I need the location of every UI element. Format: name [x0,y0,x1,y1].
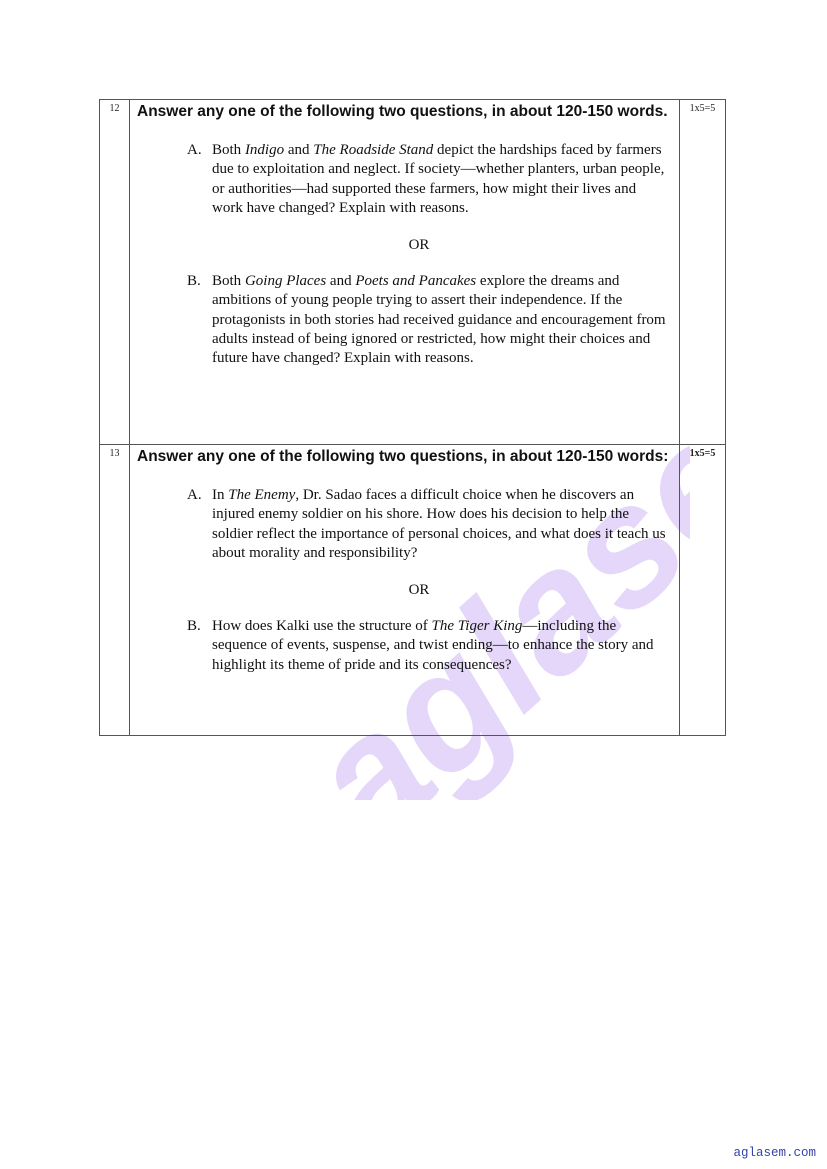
footer-site-link[interactable]: aglasem.com [733,1146,816,1160]
option-text: In The Enemy, Dr. Sadao faces a difficul… [212,486,669,563]
option-text-segment: Both [212,142,245,158]
option-text: Both Going Places and Poets and Pancakes… [212,272,669,368]
work-title: Going Places [245,273,326,289]
questions-table: 12Answer any one of the following two qu… [99,99,726,736]
option-text-segment: In [212,487,228,503]
question-body: Answer any one of the following two ques… [130,445,680,736]
question-option: A.Both Indigo and The Roadside Stand dep… [187,141,669,218]
question-row: 12Answer any one of the following two qu… [100,100,726,445]
option-text: How does Kalki use the structure of The … [212,617,669,675]
question-row: 13Answer any one of the following two qu… [100,445,726,736]
question-marks: 1x5=5 [680,100,726,445]
option-text-segment: and [284,142,313,158]
work-title: Poets and Pancakes [355,273,476,289]
question-number: 13 [100,445,130,736]
or-separator: OR [137,582,671,599]
work-title: The Enemy [228,487,295,503]
question-option: B.How does Kalki use the structure of Th… [187,617,669,675]
question-heading: Answer any one of the following two ques… [137,447,671,466]
work-title: The Tiger King [432,618,523,634]
or-separator: OR [137,237,671,254]
question-heading: Answer any one of the following two ques… [137,102,671,121]
option-letter: A. [187,141,212,218]
option-text: Both Indigo and The Roadside Stand depic… [212,141,669,218]
option-text-segment: How does Kalki use the structure of [212,618,432,634]
option-letter: A. [187,486,212,563]
option-text-segment: Both [212,273,245,289]
question-option: A.In The Enemy, Dr. Sadao faces a diffic… [187,486,669,563]
question-option: B.Both Going Places and Poets and Pancak… [187,272,669,368]
work-title: The Roadside Stand [313,142,433,158]
work-title: Indigo [245,142,284,158]
option-letter: B. [187,617,212,675]
question-number: 12 [100,100,130,445]
option-text-segment: and [326,273,355,289]
question-marks: 1x5=5 [680,445,726,736]
option-letter: B. [187,272,212,368]
question-body: Answer any one of the following two ques… [130,100,680,445]
